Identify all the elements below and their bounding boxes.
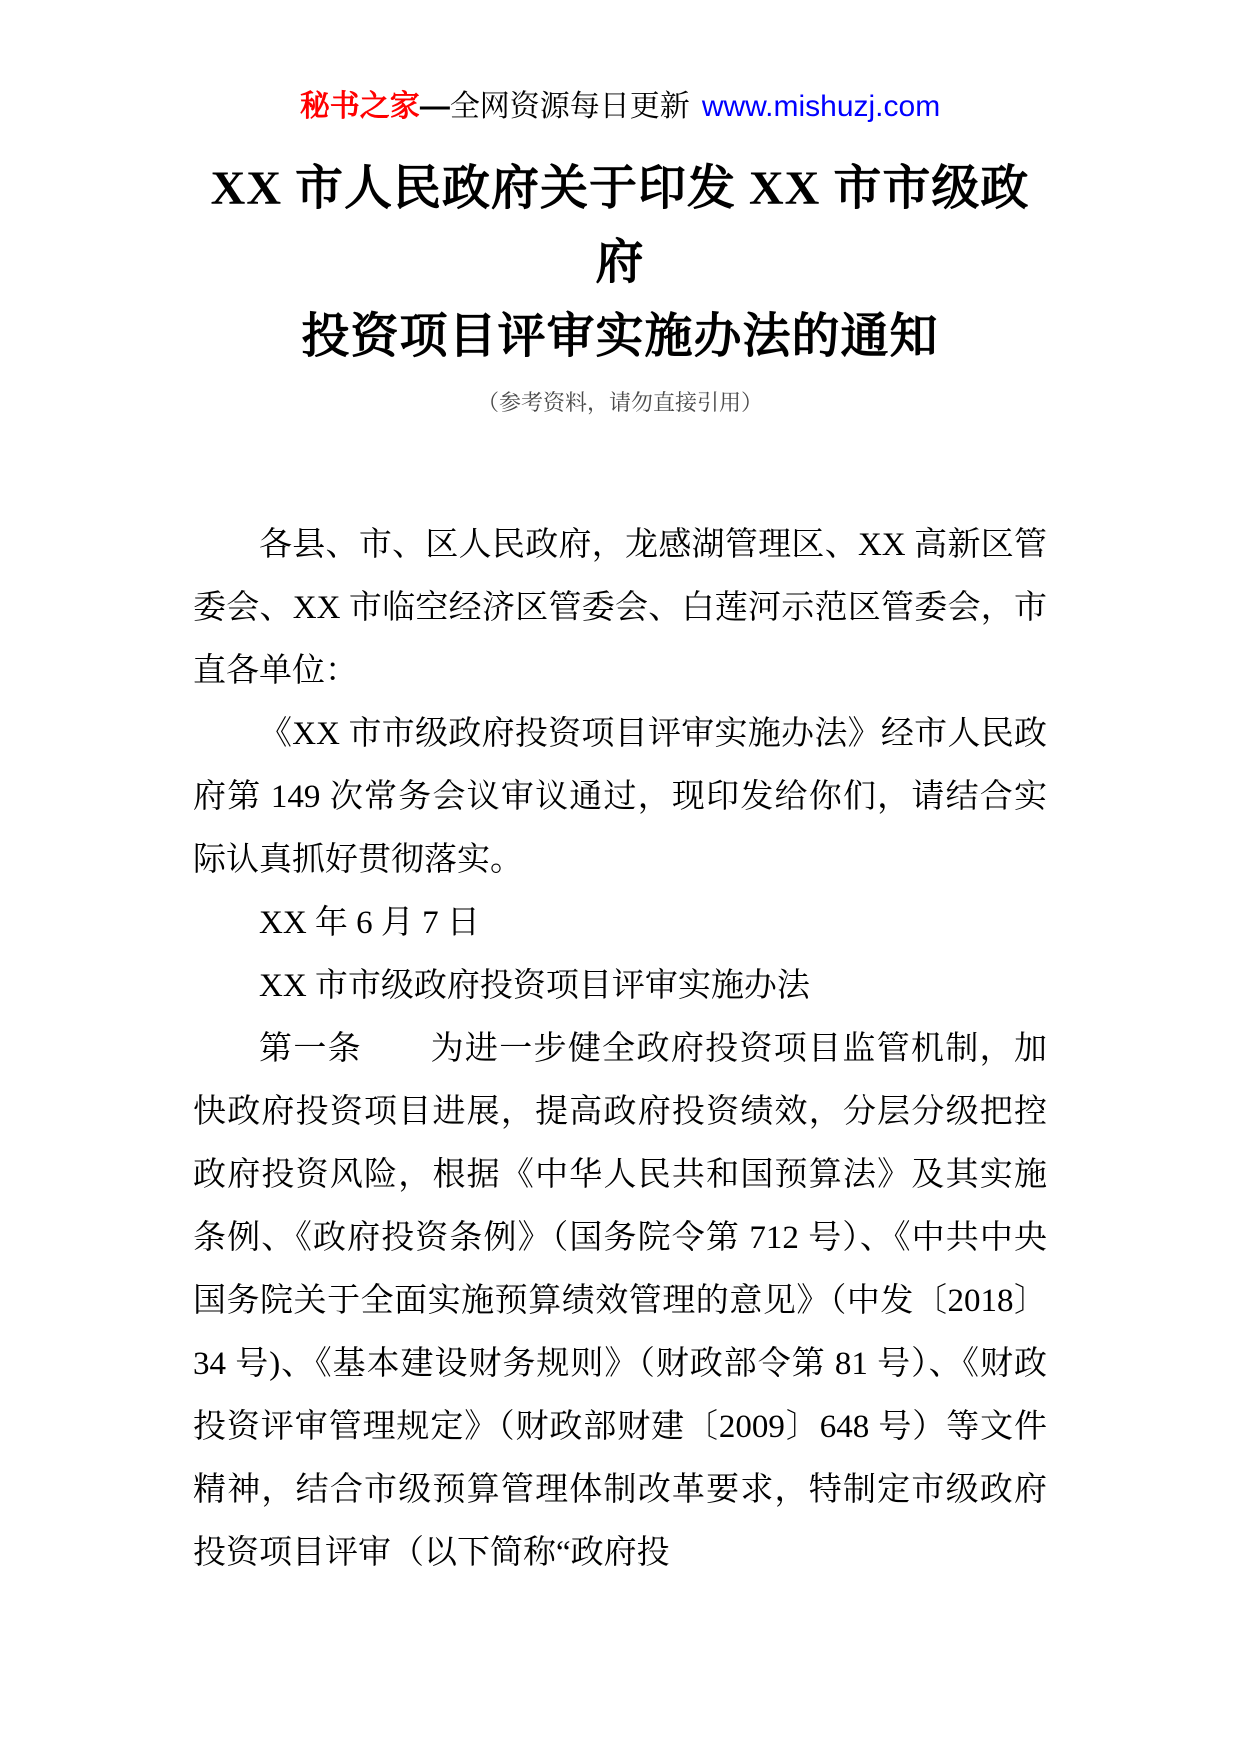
paragraph-article-1: 第一条 为进一步健全政府投资项目监管机制，加快政府投资项目进展，提高政府投资绩效… xyxy=(193,1018,1047,1585)
document-body: 各县、市、区人民政府，龙感湖管理区、XX 高新区管委会、XX 市临空经济区管委会… xyxy=(193,514,1047,1585)
header-tagline: 全网资源每日更新 xyxy=(450,90,690,123)
paragraph-measures-title: XX 市市级政府投资项目评审实施办法 xyxy=(193,955,1047,1018)
paragraph-salutation: 各县、市、区人民政府，龙感湖管理区、XX 高新区管委会、XX 市临空经济区管委会… xyxy=(193,514,1047,703)
title-line-2: 投资项目评审实施办法的通知 xyxy=(193,300,1047,374)
document-title: XX 市人民政府关于印发 XX 市市级政府 投资项目评审实施办法的通知 xyxy=(193,152,1047,374)
header-dash: — xyxy=(420,90,450,123)
document-page: 秘书之家—全网资源每日更新www.mishuzj.com XX 市人民政府关于印… xyxy=(0,0,1240,1754)
paragraph-notice: 《XX 市市级政府投资项目评审实施办法》经市人民政府第 149 次常务会议审议通… xyxy=(193,703,1047,892)
site-url-link[interactable]: www.mishuzj.com xyxy=(702,90,940,123)
paragraph-date: XX 年 6 月 7 日 xyxy=(193,892,1047,955)
title-line-1: XX 市人民政府关于印发 XX 市市级政府 xyxy=(193,152,1047,300)
site-brand: 秘书之家 xyxy=(300,90,420,123)
site-header: 秘书之家—全网资源每日更新www.mishuzj.com xyxy=(193,88,1047,126)
document-subtitle: （参考资料，请勿直接引用） xyxy=(193,388,1047,418)
